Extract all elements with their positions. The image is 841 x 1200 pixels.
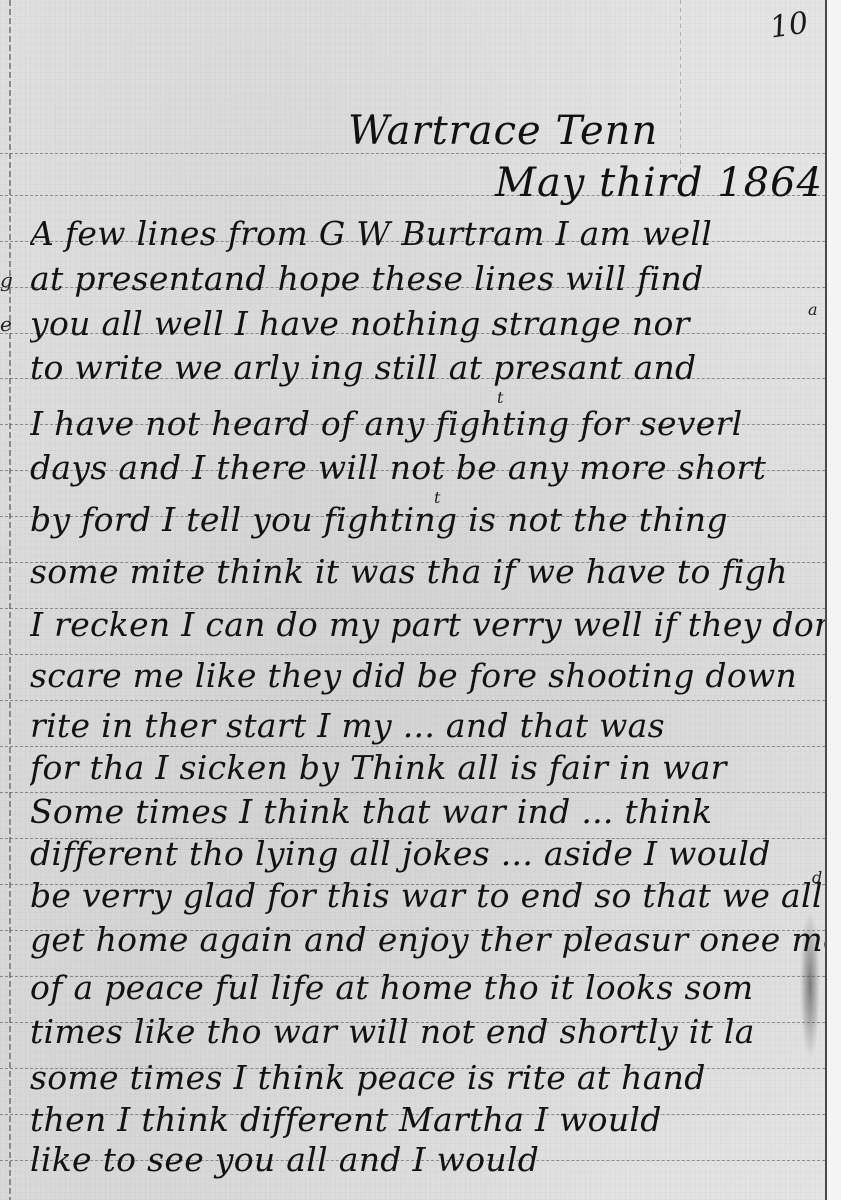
letter-line: some mite think it was tha if we have to… [30, 552, 825, 592]
letter-line: I recken I can do my part verry well if … [30, 605, 825, 645]
letter-line: to write we arly ing still at presant an… [30, 348, 825, 388]
letter-line: then I think different Martha I would [30, 1100, 825, 1140]
letter-page: 10 Wartrace Tenn May third 1864 g e a t … [0, 0, 841, 1200]
letter-line: Some times I think that war ind ... thin… [30, 792, 825, 832]
letter-line: days and I there will not be any more sh… [30, 448, 825, 488]
letter-line: like to see you all and I would [30, 1140, 825, 1180]
letter-line: rite in ther start I my ... and that was [30, 706, 825, 746]
margin-fragment: g [0, 268, 13, 292]
letter-line: at presentand hope these lines will find [30, 259, 825, 299]
letter-line: get home again and enjoy ther pleasur on… [30, 920, 825, 960]
ruled-line [0, 700, 825, 701]
page-number: 10 [768, 6, 811, 46]
letter-place-heading: Wartrace Tenn [348, 108, 658, 154]
letter-line: be verry glad for this war to end so tha… [30, 876, 825, 916]
margin-fragment: e [0, 312, 12, 336]
letter-line: for tha I sicken by Think all is fair in… [30, 748, 825, 788]
letter-line: some times I think peace is rite at hand [30, 1058, 825, 1098]
page-edge-border [825, 0, 827, 1200]
page-edge-strip [827, 0, 841, 1200]
letter-line: scare me like they did be fore shooting … [30, 656, 825, 696]
letter-line: by ford I tell you fighting is not the t… [30, 500, 825, 540]
letter-line: you all well I have nothing strange nor [30, 304, 825, 344]
letter-date-heading: May third 1864 [495, 160, 823, 206]
letter-line: A few lines from G W Burtram I am well [30, 214, 825, 254]
ruled-line [0, 654, 825, 655]
ruled-line [0, 746, 825, 747]
letter-line: different tho lying all jokes ... aside … [30, 834, 825, 874]
letter-line: I have not heard of any fighting for sev… [30, 404, 825, 444]
letter-line: of a peace ful life at home tho it looks… [30, 968, 825, 1008]
letter-line: times like tho war will not end shortly … [30, 1012, 825, 1052]
left-margin-line [9, 0, 11, 1200]
